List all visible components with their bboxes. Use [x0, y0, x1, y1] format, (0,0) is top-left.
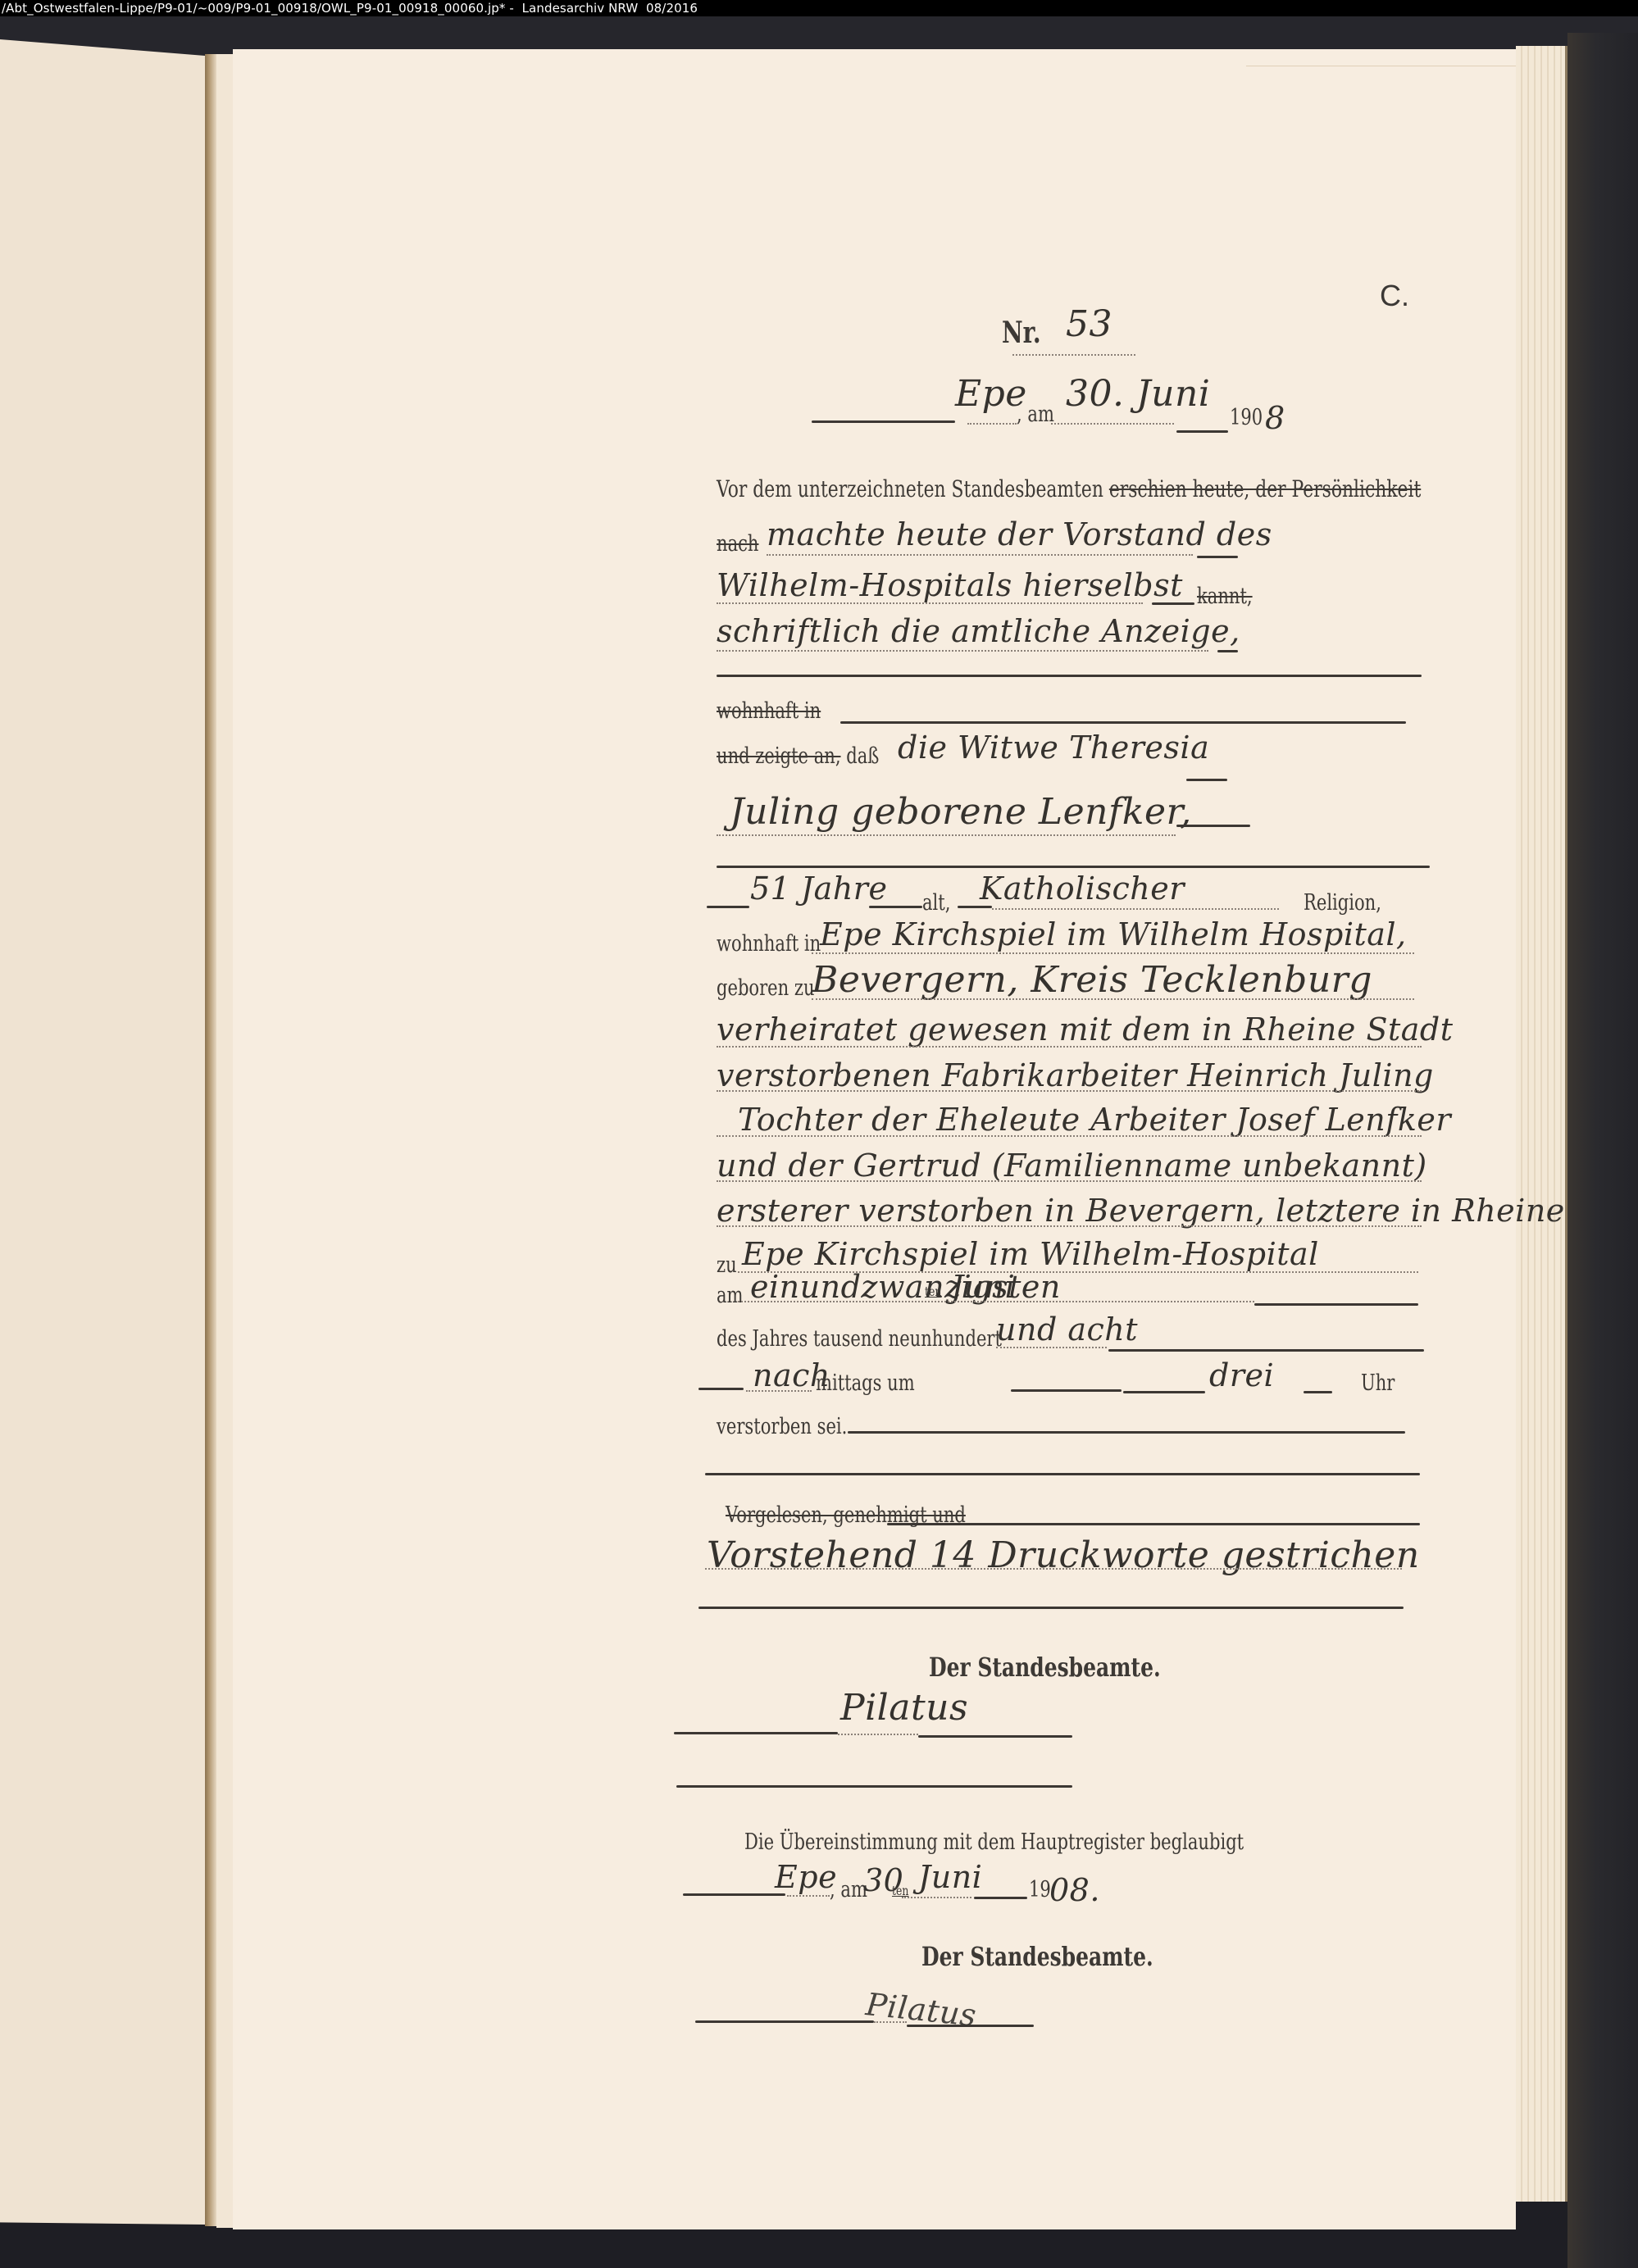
age-handwritten: 51 Jahre — [750, 870, 887, 907]
cert-year-prefix: 19 — [1029, 1877, 1051, 1902]
dotted-line — [992, 908, 1279, 910]
fill-line — [1011, 1389, 1122, 1392]
signature-line — [695, 2020, 874, 2023]
dotted-line — [767, 554, 1193, 556]
dotted-line — [812, 998, 1414, 1000]
dotted-line — [996, 1347, 1107, 1348]
cert-place-handwritten: Epe — [775, 1859, 837, 1895]
fill-line — [1197, 556, 1238, 558]
dotted-line — [717, 1180, 1422, 1182]
residence-handwritten: Epe Kirchspiel im Wilhelm Hospital, — [820, 916, 1407, 952]
hour-handwritten: drei — [1209, 1357, 1274, 1393]
death-month-handwritten: Juni — [951, 1269, 1015, 1305]
birthplace-handwritten: Bevergern, Kreis Tecklenburg — [812, 959, 1372, 1001]
certification-text: Die Übereinstimmung mit dem Hauptregiste… — [744, 1829, 1244, 1855]
number-dotted-line — [1012, 354, 1135, 356]
fill-line — [1123, 1391, 1205, 1393]
fill-line — [887, 1523, 1420, 1525]
year-prefix: 190 — [1230, 405, 1263, 430]
alt-label: alt, — [922, 890, 950, 916]
fill-line — [1304, 1391, 1332, 1393]
register-entry: C. Nr. 53 Epe , am 30. Juni 190 8 Vor de… — [0, 0, 1638, 2268]
dotted-line — [717, 1090, 1422, 1092]
fill-line — [1254, 1303, 1418, 1306]
fill-line — [974, 1897, 1027, 1899]
cert-year-suffix-handwritten: 08. — [1049, 1872, 1100, 1908]
fill-line — [848, 1431, 1405, 1434]
religion-handwritten: Katholischer — [980, 870, 1185, 907]
am-label-2: am — [717, 1283, 744, 1308]
am-label: , am — [1017, 402, 1054, 427]
cert-am-label: , am — [830, 1877, 867, 1902]
wohnhaft-struck: wohnhaft in — [717, 698, 821, 724]
kannt-struck: kannt, — [1197, 584, 1253, 609]
fill-line — [707, 906, 749, 908]
fill-line — [1176, 825, 1250, 827]
entry-number-row: Nr. — [1002, 316, 1052, 350]
verstorben-label: verstorben sei. — [717, 1414, 847, 1439]
fill-line — [698, 1388, 744, 1390]
date-line — [1176, 430, 1228, 433]
jahres-label: des Jahres tausend neunhundert — [717, 1326, 1002, 1352]
nach-struck: nach — [717, 531, 758, 557]
dotted-line — [717, 834, 1176, 836]
date-handwritten: 30. Juni — [1066, 373, 1210, 415]
signoff-heading: Der Standesbeamte. — [929, 1652, 1161, 1683]
year-words-handwritten: und acht — [996, 1311, 1138, 1348]
blank-line — [676, 1785, 1072, 1788]
zeigte-struck: und zeigte an, — [717, 743, 841, 769]
mittags-label: mittags um — [816, 1370, 915, 1396]
dotted-line — [705, 1568, 1402, 1570]
zeigte-row: und zeigte an, daß — [717, 743, 879, 769]
dotted-line — [717, 1135, 1422, 1137]
registrar-signature: Pilatus — [840, 1687, 968, 1729]
blank-line — [717, 866, 1430, 868]
residence-blank-line — [840, 721, 1406, 724]
blank-line — [717, 675, 1422, 677]
number-label: Nr. — [1002, 316, 1041, 350]
deceased-name-line-1: die Witwe Theresia — [898, 729, 1209, 766]
informant-line-3: schriftlich die amtliche Anzeige, — [717, 613, 1240, 649]
zu-label: zu — [717, 1252, 737, 1278]
blank-line — [698, 1607, 1404, 1609]
uhr-label: Uhr — [1361, 1370, 1395, 1396]
signoff-heading-2: Der Standesbeamte. — [921, 1941, 1153, 1972]
intro-printed: Vor dem unterzeichneten Standesbeamten — [717, 475, 1103, 502]
cert-month-handwritten: Juni — [918, 1859, 982, 1895]
deceased-name-line-2: Juling geborene Lenfker, — [730, 791, 1192, 833]
dotted-line — [902, 1897, 971, 1898]
marriage-detail-2: verstorbenen Fabrikarbeiter Heinrich Jul… — [717, 1057, 1434, 1093]
signature-line — [918, 1735, 1072, 1738]
death-day-suffix: ten — [925, 1284, 941, 1299]
dass-label: daß — [846, 743, 879, 769]
blank-line — [705, 1473, 1420, 1475]
dotted-line — [746, 1390, 812, 1392]
place-line — [812, 420, 955, 423]
fill-line — [683, 1893, 785, 1896]
geboren-label: geboren zu — [717, 975, 815, 1001]
informant-line-1: machte heute der Vorstand des — [767, 516, 1272, 552]
religion-label: Religion, — [1304, 890, 1381, 916]
signature-line — [674, 1732, 838, 1734]
year-suffix-handwritten: 8 — [1265, 400, 1285, 436]
parents-detail-3: ersterer verstorben in Bevergern, letzte… — [717, 1193, 1565, 1229]
correction-note-handwritten: Vorstehend 14 Druckworte gestrichen — [707, 1534, 1420, 1576]
parents-detail-1: Tochter der Eheleute Arbeiter Josef Lenf… — [738, 1102, 1451, 1138]
dotted-line — [717, 1225, 1422, 1227]
entry-number: 53 — [1066, 303, 1112, 345]
fill-line — [1152, 602, 1194, 605]
dotted-line — [717, 650, 1208, 652]
signoff-heading-row-2: Der Standesbeamte. — [921, 1941, 1218, 1972]
intro-line: Vor dem unterzeichneten Standesbeamten e… — [717, 475, 1454, 502]
dotted-line — [717, 602, 1143, 604]
dotted-line — [838, 1734, 918, 1735]
dotted-line — [717, 1046, 1422, 1048]
dotted-line — [738, 1301, 1254, 1302]
dotted-line — [812, 952, 1414, 954]
intro-struck: erschien heute, der Persönlichkeit — [1109, 475, 1421, 502]
marriage-detail-1: verheiratet gewesen mit dem in Rheine St… — [717, 1011, 1454, 1048]
fill-line — [1217, 650, 1238, 652]
fill-line — [869, 906, 922, 908]
certifying-signature: Pilatus — [864, 1986, 978, 2034]
wohnhaft-label: wohnhaft in — [717, 931, 821, 957]
section-letter: C. — [1380, 279, 1409, 313]
signoff-heading-row: Der Standesbeamte. — [929, 1652, 1226, 1683]
date-dotted-line — [1051, 423, 1174, 425]
fill-line — [1186, 779, 1227, 781]
death-place-handwritten: Epe Kirchspiel im Wilhelm-Hospital — [742, 1236, 1319, 1272]
parents-detail-2: und der Gertrud (Familienname unbekannt) — [717, 1148, 1427, 1184]
dotted-line — [787, 1895, 830, 1897]
informant-line-2: Wilhelm-Hospitals hierselbst — [717, 567, 1183, 603]
fill-line — [1108, 1349, 1424, 1352]
place-dotted-line — [967, 423, 1017, 425]
